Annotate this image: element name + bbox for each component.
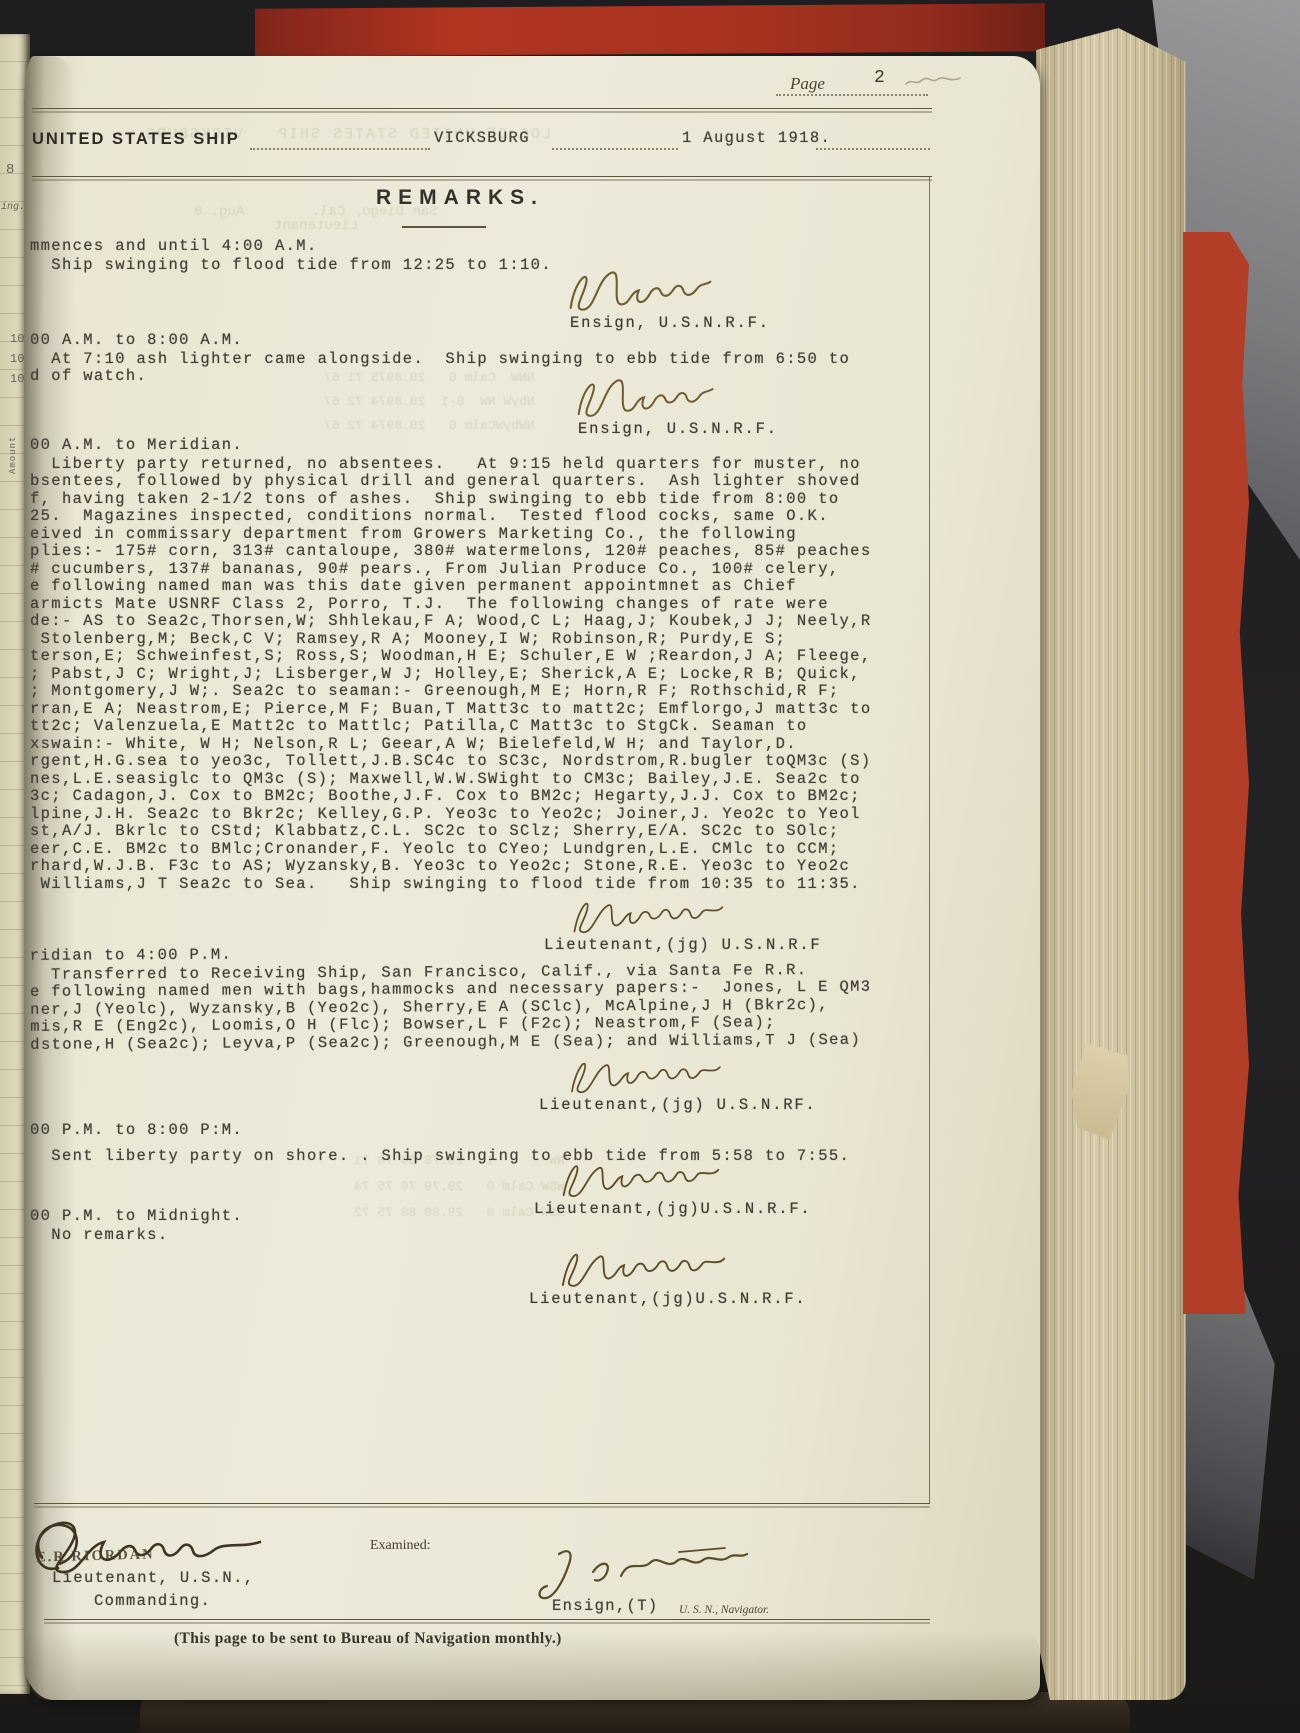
page-fragment-text: 8 — [6, 162, 14, 178]
signature-title: Ensign, U.S.N.R.F. — [578, 420, 778, 438]
dotted-line — [250, 148, 430, 150]
log-entry-midnight-to-4am: mmences and until 4:00 A.M. Ship swingin… — [30, 238, 946, 274]
log-entry-meridian-to-4pm: ridian to 4:00 P.M. Transferred to Recei… — [30, 942, 947, 1054]
page-fragment-text: 10 — [10, 352, 24, 366]
watch-heading: 00 P.M. to Midnight. — [30, 1208, 946, 1226]
page-fragment-text: 10 — [10, 332, 24, 346]
page-stack-fore-edge — [1036, 28, 1186, 1700]
commanding-officer-stamp: E.R.RIORDAN — [36, 1546, 155, 1566]
logbook-photo: 8 ing. Amount 10 10 10 LOG OF UNITED STA… — [0, 0, 1300, 1733]
footer-rule-bottom — [44, 1619, 930, 1622]
marbled-cover-edge — [1183, 232, 1249, 1314]
book-cover-top-edge — [255, 3, 1045, 57]
header-rule-bottom — [32, 176, 932, 179]
log-date: 1 August 1918. — [682, 130, 831, 148]
cover-cloth-lower — [1185, 1280, 1300, 1580]
signature-block-edwards-2: Lieutenant,(jg) U.S.N.RF. — [539, 1052, 817, 1114]
signature-script-mckee — [564, 374, 734, 420]
signature-title: Lieutenant,(jg)U.S.N.R.F. — [529, 1290, 807, 1308]
log-page: LOG OF UNITED STATES SHIP VICKSBURG San … — [24, 56, 1040, 1700]
bleedthrough-text: Lieutenant — [274, 218, 358, 234]
log-entry-8am-to-meridian: 00 A.M. to Meridian. Liberty party retur… — [30, 437, 946, 893]
signature-script-edwards — [544, 892, 749, 936]
log-entry-4am-to-8am: 00 A.M. to 8:00 A.M. At 7:10 ash lighter… — [30, 332, 946, 386]
header-rule-top — [32, 108, 932, 111]
page-label: Page — [790, 74, 825, 94]
dotted-line — [552, 148, 678, 150]
dotted-line — [816, 148, 930, 150]
page-fragment-text: 10 — [10, 372, 24, 386]
signature-title: Lieutenant,(jg) U.S.N.RF. — [539, 1096, 817, 1114]
navigator-rank: Ensign,(T) — [552, 1598, 659, 1616]
page-number: 2 — [874, 68, 885, 88]
signature-block-edwards-4: Lieutenant,(jg)U.S.N.R.F. — [529, 1242, 807, 1308]
log-text: No remarks. — [30, 1227, 946, 1245]
log-text: Transferred to Receiving Ship, San Franc… — [30, 961, 947, 1054]
navigator-subtitle: U. S. N., Navigator. — [679, 1604, 769, 1616]
watch-heading: 00 P.M. to 8:00 P:M. — [30, 1122, 946, 1140]
signature-block-ensign-2: Ensign, U.S.N.R.F. — [564, 374, 778, 438]
log-text: Liberty party returned, no absentees. At… — [30, 456, 946, 894]
signature-script-edwards — [529, 1242, 754, 1290]
bureau-note: (This page to be sent to Bureau of Navig… — [174, 1630, 562, 1648]
section-title-underline — [402, 226, 486, 228]
page-fragment-text: ing. — [1, 202, 25, 213]
form-label: UNITED STATES SHIP — [32, 130, 240, 149]
signature-block-ensign-1: Ensign, U.S.N.R.F. — [554, 266, 770, 332]
commanding-officer-role: Commanding. — [94, 1593, 211, 1611]
log-entry-8pm-to-midnight: 00 P.M. to Midnight. No remarks. — [30, 1208, 946, 1244]
section-title: REMARKS. — [376, 186, 544, 210]
commanding-officer-rank: Lieutenant, U.S.N., — [52, 1570, 254, 1588]
watch-heading: 00 A.M. to 8:00 A.M. — [30, 332, 946, 350]
watch-heading: 00 A.M. to Meridian. — [30, 437, 946, 455]
signature-title: Ensign, U.S.N.R.F. — [570, 314, 770, 332]
pencil-scribble — [904, 72, 964, 90]
ship-name: VICKSBURG — [434, 130, 530, 148]
signature-script-mckee — [554, 266, 734, 314]
log-text: At 7:10 ash lighter came alongside. Ship… — [30, 351, 946, 386]
watch-heading: mmences and until 4:00 A.M. — [30, 238, 946, 256]
examined-label: Examined: — [370, 1538, 431, 1554]
page-fragment-text: Amount — [8, 436, 18, 474]
log-text: Ship swinging to flood tide from 12:25 t… — [30, 257, 946, 275]
signature-script-edwards — [534, 1154, 744, 1200]
page-number-dotted-line — [776, 94, 928, 96]
signature-script-navigator — [529, 1542, 769, 1604]
footer-rule — [34, 1503, 930, 1506]
signature-script-edwards — [539, 1052, 749, 1096]
